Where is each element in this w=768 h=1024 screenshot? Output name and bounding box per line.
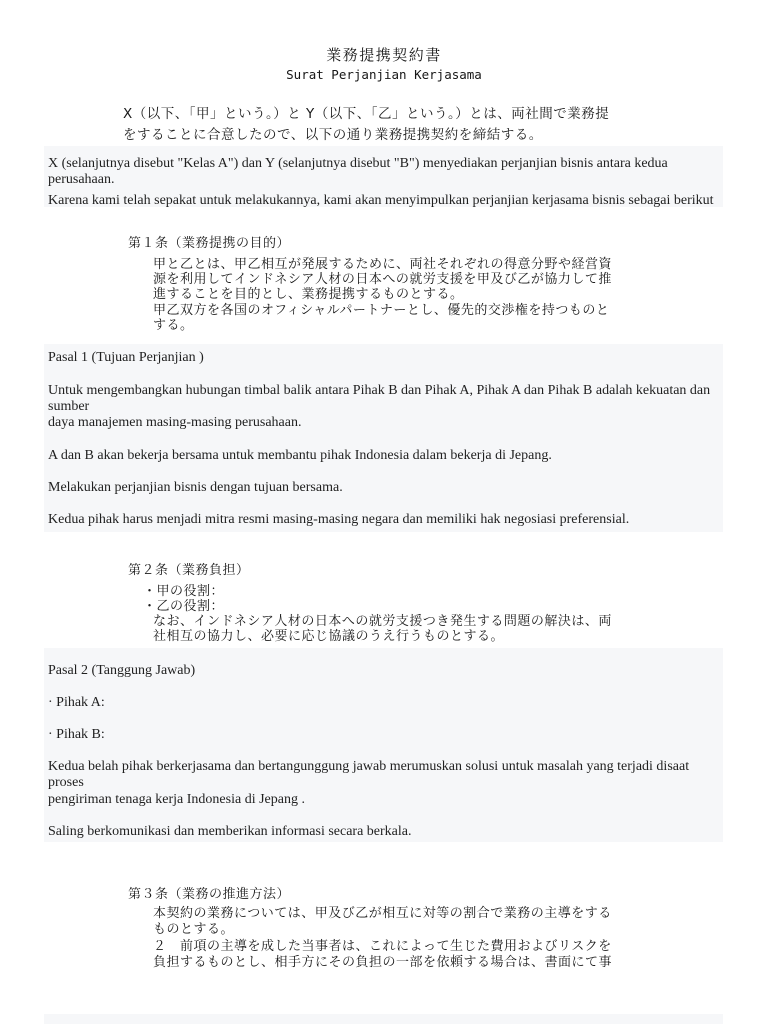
id-pasal2-paragraph: Saling berkomunikasi dan memberikan info… (48, 824, 728, 840)
jp-article3-heading: 第３条（業務の推進方法） (128, 887, 290, 902)
jp-article2-bullets: ・甲の役割： ・乙の役割： (143, 584, 224, 614)
id-pasal1-paragraph: A dan B akan bekerja bersama untuk memba… (48, 448, 728, 464)
id-pasal2-paragraph: Kedua belah pihak berkerjasama dan berta… (48, 759, 728, 791)
id-pasal2-bullet-a: · Pihak A: (48, 695, 728, 711)
id-pasal2-bullet-b: · Pihak B: (48, 727, 728, 743)
id-pasal1-paragraph: Untuk mengembangkan hubungan timbal bali… (48, 383, 728, 415)
jp-article2-note: なお、インドネシア人材の日本への就労支援つき発生する問題の解決は、両 社相互の協… (153, 614, 612, 644)
jp-intro-paragraph: X（以下、「甲」という。）と Y（以下、「乙」という。）とは、両社間で業務提 を… (123, 104, 609, 146)
doc-title-latin: Surat Perjanjian Kerjasama (0, 67, 768, 82)
id-pasal2-heading: Pasal 2 (Tanggung Jawab) (48, 663, 728, 679)
id-intro-paragraph-2: Karena kami telah sepakat untuk melakuka… (48, 193, 728, 209)
highlight-band-pasal1 (44, 344, 723, 532)
jp-article3-body: 本契約の業務については、甲及び乙が相互に対等の割合で業務の主導をする ものとする… (153, 906, 612, 972)
id-pasal2-paragraph: pengiriman tenaga kerja Indonesia di Jep… (48, 792, 728, 808)
jp-article2-heading: 第２条（業務負担） (128, 563, 250, 578)
id-intro-paragraph-1: X (selanjutnya disebut "Kelas A") dan Y … (48, 156, 728, 188)
jp-article1-heading: 第１条（業務提携の目的） (128, 236, 290, 251)
document-page: 業務提携契約書 Surat Perjanjian Kerjasama X（以下、… (0, 0, 768, 1024)
id-pasal1-paragraph: Kedua pihak harus menjadi mitra resmi ma… (48, 512, 728, 528)
doc-title-japanese: 業務提携契約書 (0, 44, 768, 65)
id-pasal1-paragraph: daya manajemen masing-masing perusahaan. (48, 415, 728, 431)
highlight-band-bottom (44, 1014, 723, 1024)
id-pasal1-paragraph: Melakukan perjanjian bisnis dengan tujua… (48, 480, 728, 496)
jp-article1-body: 甲と乙とは、甲乙相互が発展するために、両社それぞれの得意分野や経営資 源を利用し… (153, 257, 612, 333)
id-pasal1-heading: Pasal 1 (Tujuan Perjanjian ) (48, 350, 728, 366)
